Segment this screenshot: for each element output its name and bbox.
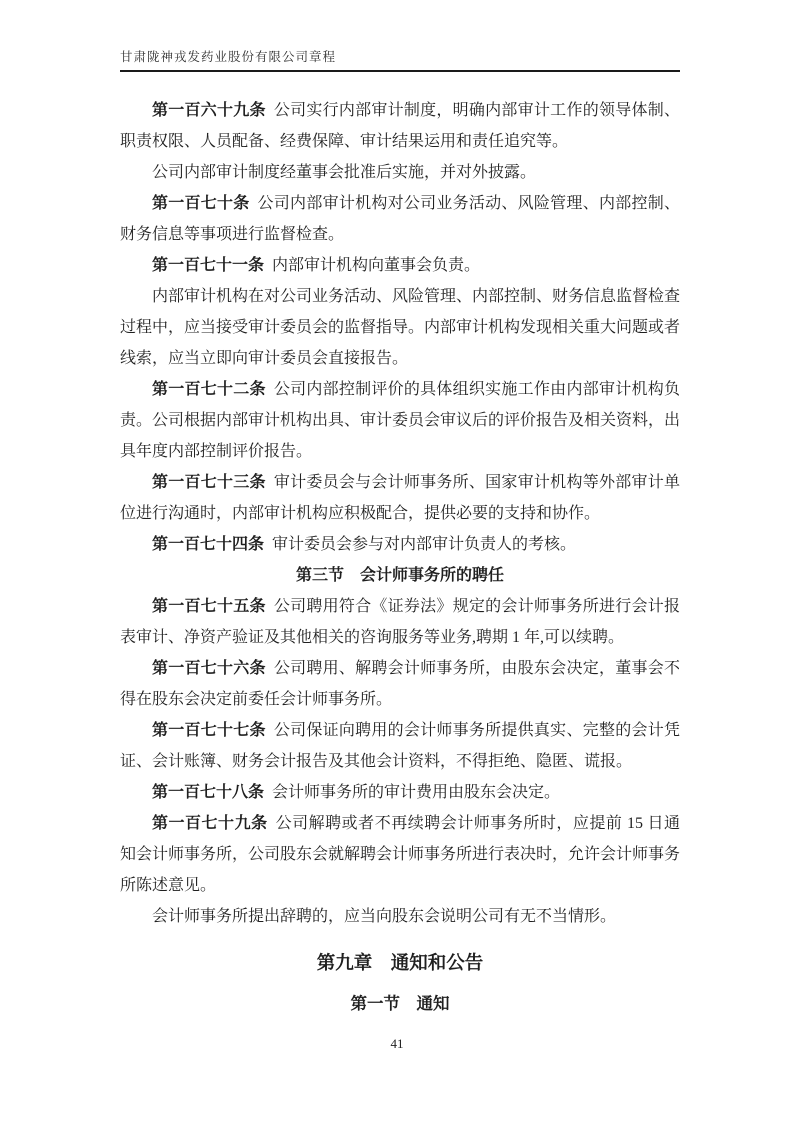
article-paragraph: 第一百七十四条审计委员会参与对内部审计负责人的考核。 xyxy=(120,529,680,560)
article-number: 第一百七十一条 xyxy=(152,257,264,274)
article-number: 第一百七十八条 xyxy=(152,784,264,801)
paragraph-text: 公司内部审计制度经董事会批准后实施，并对外披露。 xyxy=(152,164,536,181)
paragraph-text: 内部审计机构向董事会负责。 xyxy=(272,257,480,274)
article-number: 第一百七十四条 xyxy=(152,536,264,553)
article-number: 第一百七十六条 xyxy=(152,660,266,677)
heading-text: 第一节 通知 xyxy=(351,994,450,1013)
document-page: 甘肃陇神戎发药业股份有限公司章程 第一百六十九条公司实行内部审计制度，明确内部审… xyxy=(0,0,794,1122)
article-paragraph: 第一百七十三条审计委员会与会计师事务所、国家审计机构等外部审计单位进行沟通时，内… xyxy=(120,467,680,529)
document-body: 第一百六十九条公司实行内部审计制度，明确内部审计工作的领导体制、职责权限、人员配… xyxy=(120,95,680,1019)
header-title: 甘肃陇神戎发药业股份有限公司章程 xyxy=(120,50,336,64)
article-paragraph: 第一百七十五条公司聘用符合《证券法》规定的会计师事务所进行会计报表审计、净资产验… xyxy=(120,591,680,653)
article-number: 第一百七十七条 xyxy=(152,722,266,739)
article-paragraph: 第一百六十九条公司实行内部审计制度，明确内部审计工作的领导体制、职责权限、人员配… xyxy=(120,95,680,157)
article-number: 第一百七十三条 xyxy=(152,474,266,491)
article-paragraph: 第一百七十条公司内部审计机构对公司业务活动、风险管理、内部控制、财务信息等事项进… xyxy=(120,188,680,250)
body-paragraph: 会计师事务所提出辞聘的，应当向股东会说明公司有无不当情形。 xyxy=(120,901,680,932)
section-heading: 第三节 会计师事务所的聘任 xyxy=(120,560,680,591)
article-number: 第一百六十九条 xyxy=(152,102,266,119)
article-paragraph: 第一百七十八条会计师事务所的审计费用由股东会决定。 xyxy=(120,777,680,808)
article-number: 第一百七十五条 xyxy=(152,598,266,615)
article-number: 第一百七十条 xyxy=(152,195,250,212)
paragraph-text: 会计师事务所的审计费用由股东会决定。 xyxy=(272,784,560,801)
paragraph-text: 内部审计机构在对公司业务活动、风险管理、内部控制、财务信息监督检查过程中，应当接… xyxy=(120,288,680,367)
article-paragraph: 第一百七十七条公司保证向聘用的会计师事务所提供真实、完整的会计凭证、会计账簿、财… xyxy=(120,715,680,777)
heading-text: 第三节 会计师事务所的聘任 xyxy=(296,567,504,584)
page-number: 41 xyxy=(0,1036,794,1052)
article-paragraph: 第一百七十一条内部审计机构向董事会负责。 xyxy=(120,250,680,281)
article-number: 第一百七十二条 xyxy=(152,381,266,398)
article-paragraph: 第一百七十二条公司内部控制评价的具体组织实施工作由内部审计机构负责。公司根据内部… xyxy=(120,374,680,467)
paragraph-text: 审计委员会参与对内部审计负责人的考核。 xyxy=(272,536,576,553)
article-paragraph: 第一百七十九条公司解聘或者不再续聘会计师事务所时，应提前 15 日通知会计师事务… xyxy=(120,808,680,901)
body-paragraph: 公司内部审计制度经董事会批准后实施，并对外披露。 xyxy=(120,157,680,188)
heading-text: 第九章 通知和公告 xyxy=(317,954,484,974)
page-header: 甘肃陇神戎发药业股份有限公司章程 xyxy=(120,0,680,72)
chapter-heading: 第九章 通知和公告 xyxy=(120,946,680,982)
article-paragraph: 第一百七十六条公司聘用、解聘会计师事务所，由股东会决定，董事会不得在股东会决定前… xyxy=(120,653,680,715)
body-paragraph: 内部审计机构在对公司业务活动、风险管理、内部控制、财务信息监督检查过程中，应当接… xyxy=(120,281,680,374)
paragraph-text: 会计师事务所提出辞聘的，应当向股东会说明公司有无不当情形。 xyxy=(152,908,616,925)
article-number: 第一百七十九条 xyxy=(152,815,268,832)
section-heading: 第一节 通知 xyxy=(120,988,680,1019)
